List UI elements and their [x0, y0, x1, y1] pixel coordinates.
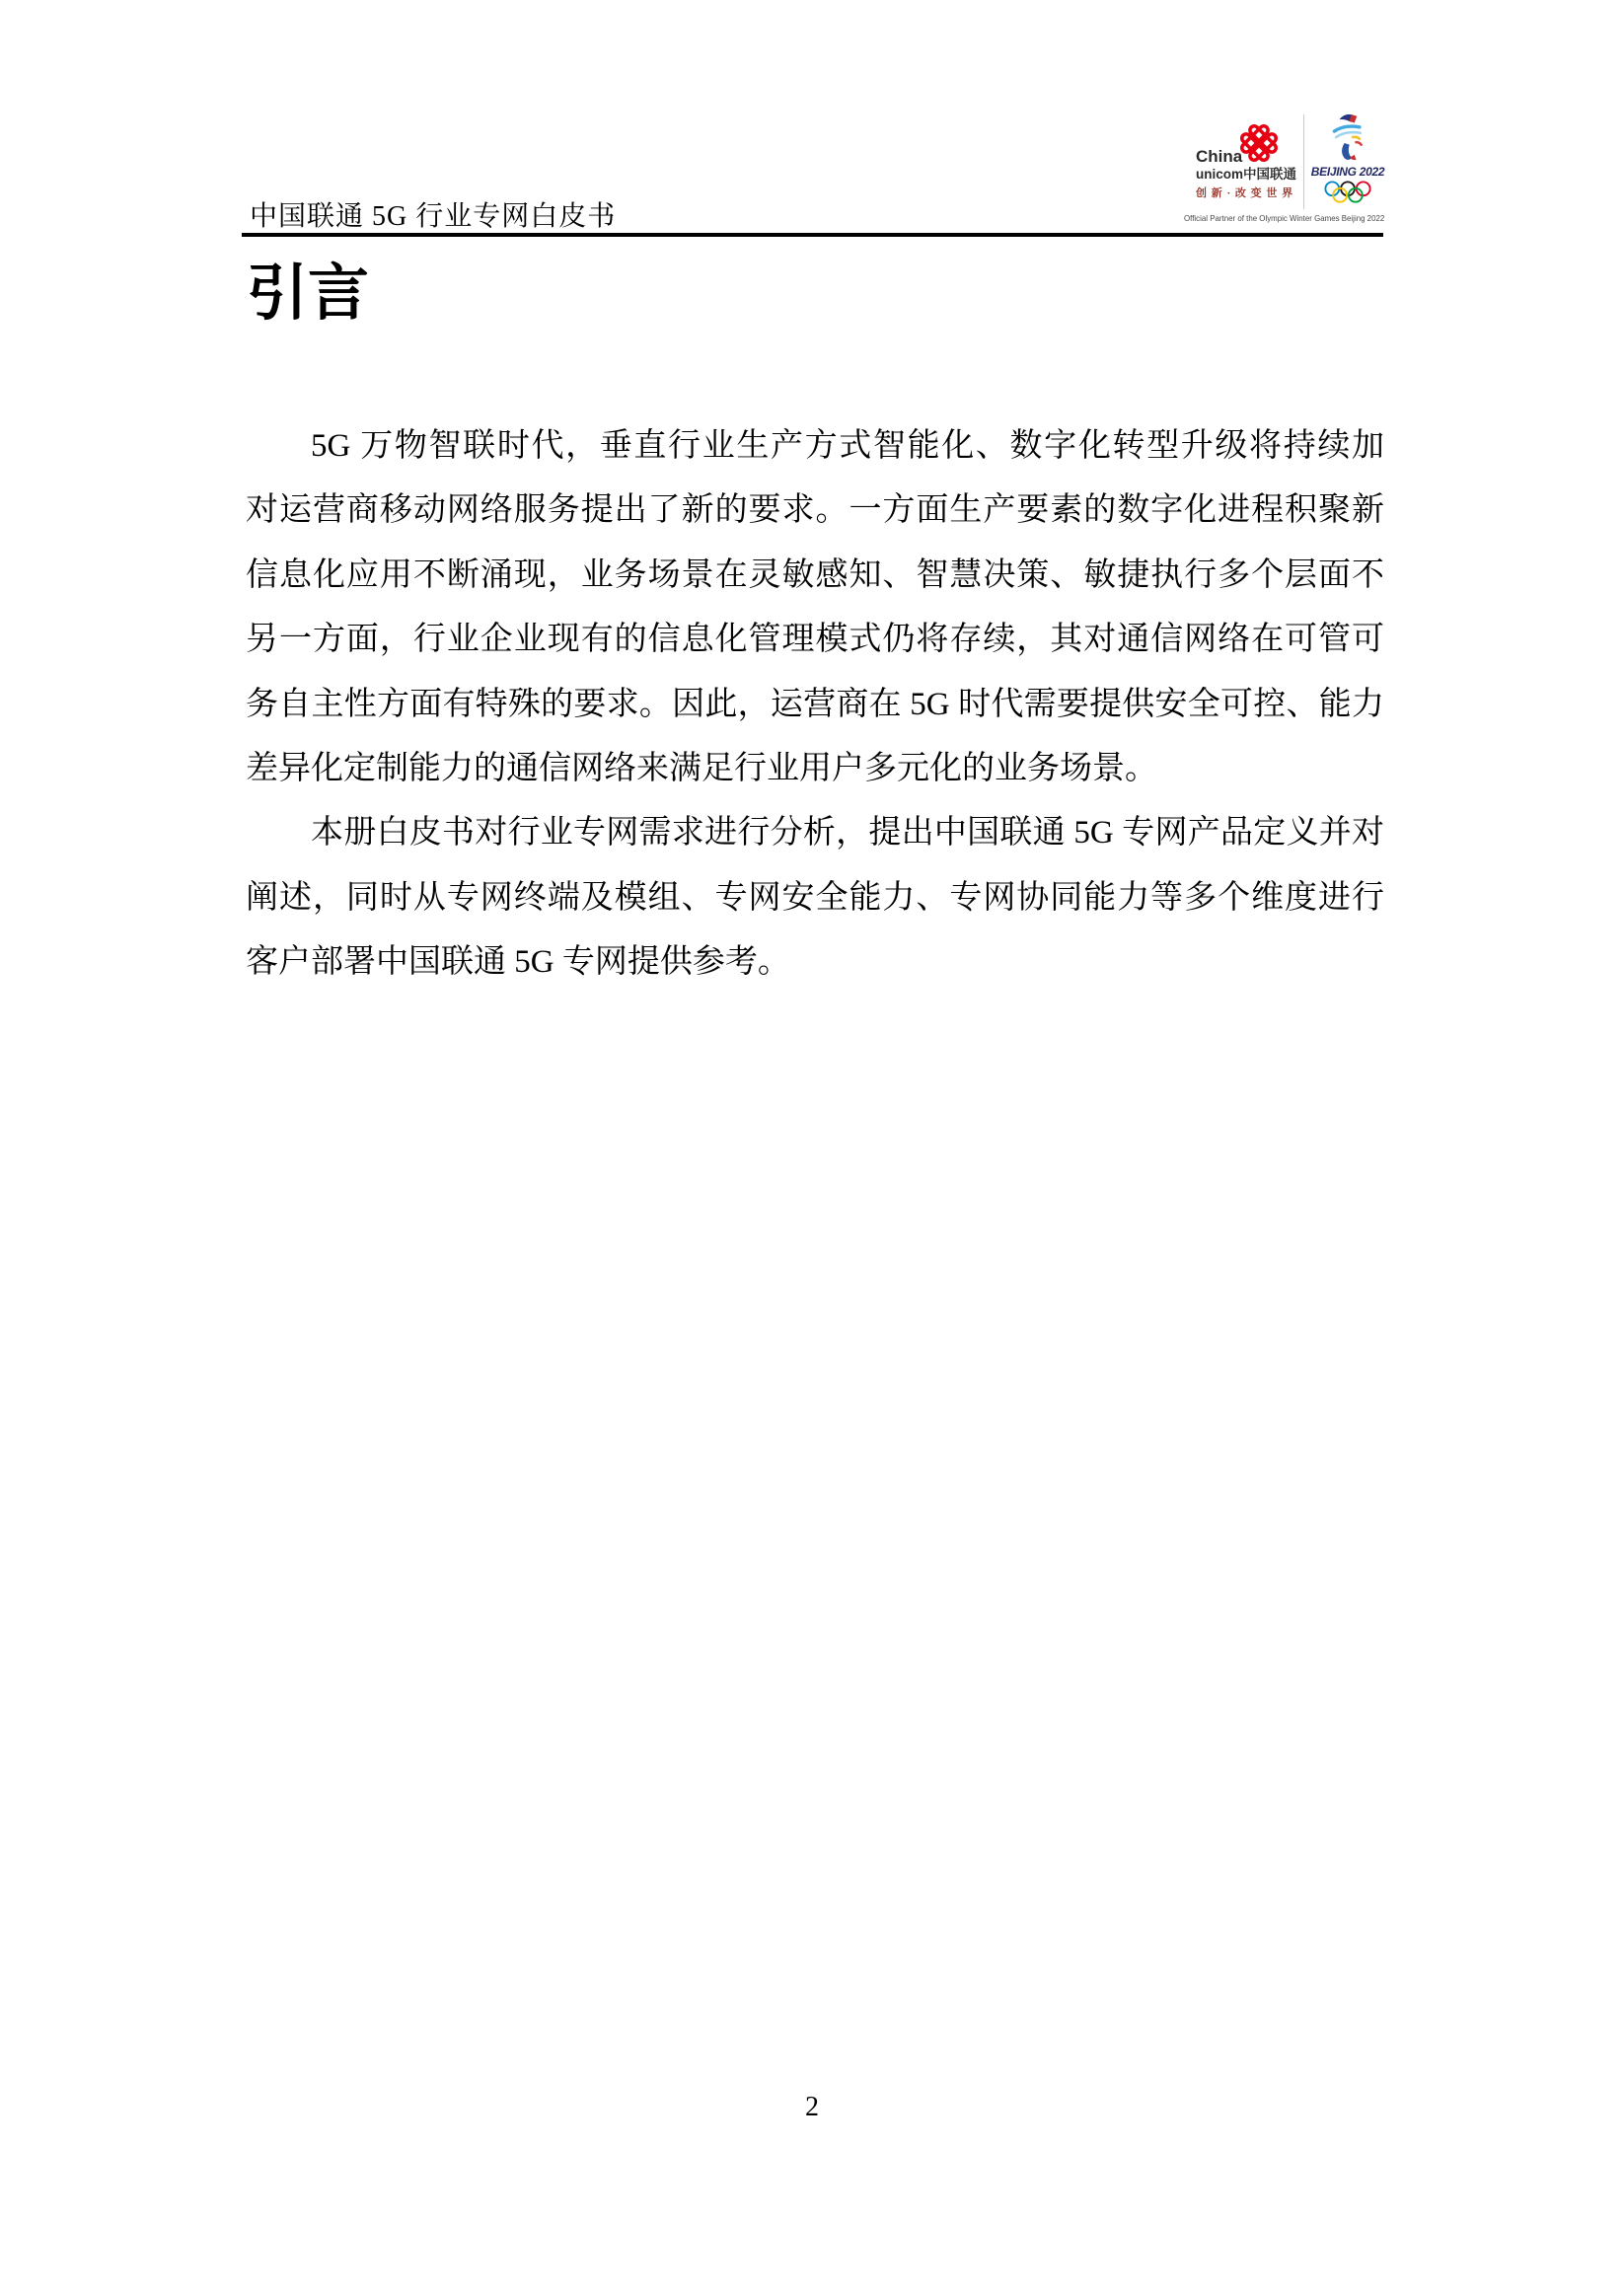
beijing-2022-wordmark: BEIJING 2022: [1309, 165, 1386, 179]
page-number: 2: [0, 2092, 1624, 2123]
olympic-rings-icon: [1309, 181, 1386, 204]
body-text: 5G 万物智联时代，垂直行业生产方式智能化、数字化转型升级将持续加速，行业用户 …: [246, 414, 1384, 996]
header-logo-lockup: China unicom中国联通 创 新 · 改 变 世 界 BEIJING 2…: [1184, 87, 1386, 231]
document-page: 中国联通 5G 行业专网白皮书 China unicom中国联通 创 新 · 改…: [0, 0, 1624, 2296]
text-line: 对运营商移动网络服务提出了新的要求。一方面生产要素的数字化进程积聚新的动能，新型: [246, 479, 1384, 543]
text-line: 另一方面，行业企业现有的信息化管理模式仍将存续，其对通信网络在可管可控、安全、业: [246, 608, 1384, 672]
text-line: 务自主性方面有特殊的要求。因此，运营商在 5G 时代需要提供安全可控、能力丰富且…: [246, 673, 1384, 737]
beijing-2022-logo: BEIJING 2022: [1309, 111, 1386, 204]
unicom-slogan: 创 新 · 改 变 世 界: [1196, 185, 1293, 200]
text-line: 本册白皮书对行业专网需求进行分析，提出中国联通 5G 专网产品定义并对其能力进行: [246, 801, 1384, 865]
text-line: 信息化应用不断涌现，业务场景在灵敏感知、智慧决策、敏捷执行多个层面不断突破和创新…: [246, 544, 1384, 608]
beijing-2022-emblem-icon: [1309, 111, 1386, 164]
logo-divider: [1303, 114, 1304, 209]
unicom-wordmark-line2: unicom中国联通: [1196, 167, 1296, 182]
header-document-title: 中国联通 5G 行业专网白皮书: [250, 194, 616, 234]
section-title: 引言: [247, 255, 369, 333]
olympic-partner-text: Official Partner of the Olympic Winter G…: [1184, 213, 1372, 223]
unicom-wordmark-line1: China: [1196, 148, 1242, 166]
paragraph: 5G 万物智联时代，垂直行业生产方式智能化、数字化转型升级将持续加速，行业用户 …: [246, 414, 1384, 801]
text-line: 客户部署中国联通 5G 专网提供参考。: [246, 930, 1384, 995]
text-line: 差异化定制能力的通信网络来满足行业用户多元化的业务场景。: [246, 737, 1384, 801]
text-line: 阐述，同时从专网终端及模组、专网安全能力、专网协同能力等多个维度进行介绍。为行业: [246, 866, 1384, 930]
text-line: 5G 万物智联时代，垂直行业生产方式智能化、数字化转型升级将持续加速，行业用户: [246, 414, 1384, 479]
china-unicom-logo: China unicom中国联通 创 新 · 改 变 世 界: [1184, 87, 1300, 209]
paragraph: 本册白皮书对行业专网需求进行分析，提出中国联通 5G 专网产品定义并对其能力进行…: [246, 801, 1384, 995]
header-rule: [242, 233, 1383, 237]
